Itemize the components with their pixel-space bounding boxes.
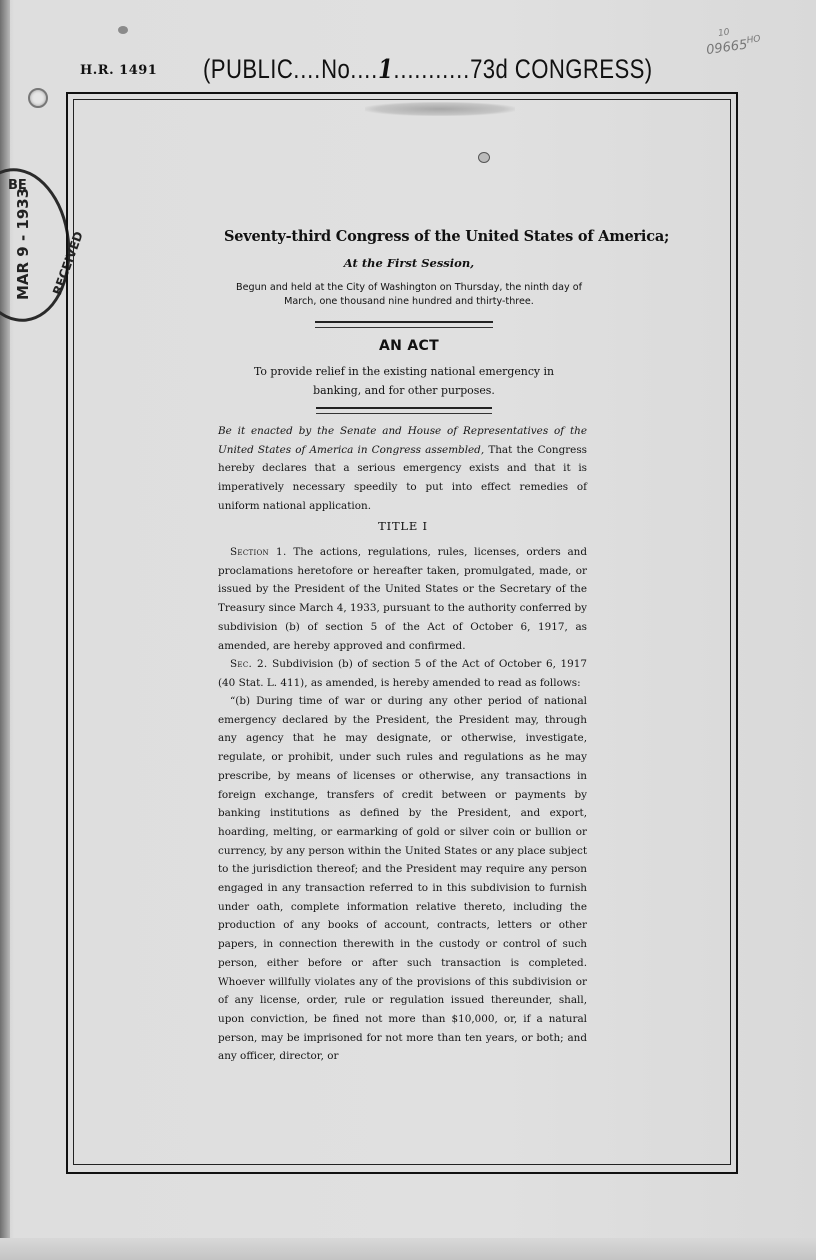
public-prefix: (PUBLIC (203, 54, 293, 84)
act-heading: AN ACT (224, 338, 594, 354)
divider-rule (316, 407, 492, 414)
title-heading: TITLE I (224, 519, 582, 533)
divider-rule (315, 321, 493, 328)
annotation-top: 10 (717, 27, 730, 38)
smudge-mark (365, 102, 515, 116)
act-purpose: To provide relief in the existing nation… (229, 362, 579, 400)
ink-blot (478, 152, 490, 163)
section-2-label: Sec. 2. (230, 658, 268, 670)
section-1-label: Section 1. (230, 546, 287, 558)
session-begun-text: Begun and held at the City of Washington… (234, 281, 584, 309)
section-1: Section 1. The actions, regulations, rul… (218, 543, 587, 655)
subdivision-b-text: “(b) During time of war or during any ot… (218, 692, 587, 1066)
congress-title: Seventy-third Congress of the United Sta… (224, 228, 594, 245)
punch-hole (28, 88, 48, 108)
session-label: At the First Session, (224, 256, 594, 270)
congress-label: 73d CONGRESS) (470, 54, 653, 84)
section-2: Sec. 2. Subdivision (b) of section 5 of … (218, 655, 587, 692)
section-2-text: Subdivision (b) of section 5 of the Act … (218, 658, 587, 689)
bill-number: H.R. 1491 (80, 63, 157, 78)
public-law-number: 1 (378, 55, 393, 85)
annotation-suffix: HO (746, 34, 761, 46)
section-1-text: The actions, regulations, rules, license… (218, 546, 587, 652)
dot-leader: .... (350, 54, 378, 84)
ink-spot (118, 26, 128, 34)
scan-bottom-edge (0, 1238, 816, 1260)
enacting-clause: Be it enacted by the Senate and House of… (218, 422, 587, 516)
dot-leader: .... (293, 54, 321, 84)
dot-leader: ........... (393, 54, 470, 84)
no-label: No (321, 54, 350, 84)
public-law-header: (PUBLIC....No....1...........73d CONGRES… (203, 54, 653, 85)
stamp-date: MAR 9 - 1933 (14, 188, 32, 300)
